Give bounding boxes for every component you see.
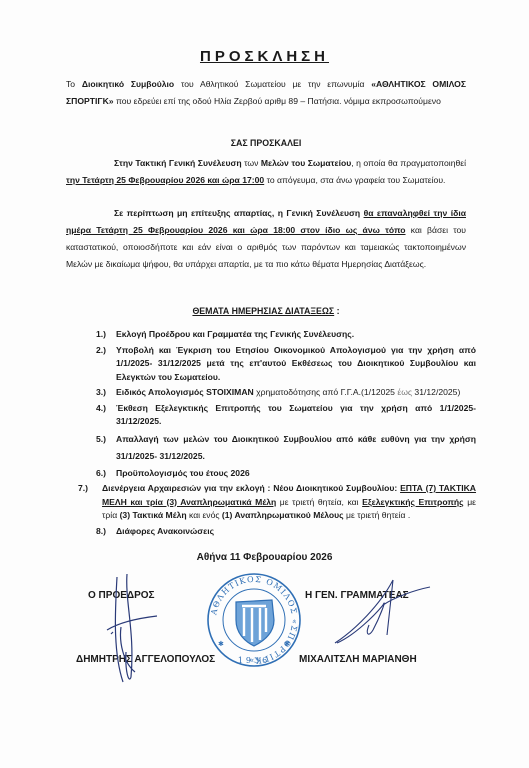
meeting-paragraph: Στην Τακτική Γενική Συνέλευση των Μελών … — [66, 155, 466, 189]
place-date: Αθήνα 11 Φεβρουαρίου 2026 — [0, 552, 529, 563]
club-stamp-icon: ΑΘΛΗΤΙΚΟΣ ΟΜΙΛΟΣ «ΣΠΟΡΤΙΓΚ» 1936 ✱ ✱ — [204, 572, 304, 668]
document-title: ΠΡΟΣΚΛΗΣΗ — [0, 48, 529, 65]
agenda-item: 5.)Απαλλαγή των μελών του Διοικητικού Συ… — [96, 431, 476, 465]
agenda-item: 6.)Προϋπολογισμός του έτους 2026 — [96, 467, 476, 481]
quorum-paragraph: Σε περίπτωση μη επίτευξης απαρτίας, η Γε… — [66, 205, 466, 273]
agenda-item: 2.)Υποβολή και Έγκριση του Ετησίου Οικον… — [96, 344, 476, 385]
document-page: ΠΡΟΣΚΛΗΣΗ Το Διοικητικό Συμβούλιο του Αθ… — [0, 0, 529, 768]
agenda-item: 3.)Ειδικός Απολογισμός STOIXIMAN χρηματο… — [96, 386, 476, 400]
agenda-item: 1.)Εκλογή Προέδρου και Γραμματέα της Γεν… — [96, 328, 476, 342]
meeting-date: την Τετάρτη 25 Φεβρουαρίου 2026 και ώρα … — [66, 175, 264, 185]
agenda-item: 8.)Διάφορες Ανακοινώσεις — [96, 525, 476, 539]
agenda-heading: ΘΕΜΑΤΑ ΗΜΕΡΗΣΙΑΣ ΔΙΑΤΑΞΕΩΣ : — [66, 303, 466, 320]
secretary-name: ΜΙΧΑΛΙΤΣΛΗ ΜΑΡΙΑΝΘΗ — [299, 654, 417, 665]
svg-text:✱: ✱ — [284, 640, 290, 648]
svg-text:✱: ✱ — [218, 640, 224, 648]
president-signature-icon — [95, 572, 165, 692]
intro-paragraph: Το Διοικητικό Συμβούλιο του Αθλητικού Σω… — [66, 76, 466, 110]
secretary-signature-icon — [325, 575, 435, 650]
agenda-list: 1.)Εκλογή Προέδρου και Γραμματέα της Γεν… — [96, 328, 476, 540]
agenda-item: 4.)Έκθεση Εξελεγκτικής Επιτροπής του Σωμ… — [96, 402, 476, 429]
svg-text:1936: 1936 — [238, 656, 270, 665]
invites-heading: ΣΑΣ ΠΡΟΣΚΑΛΕΙ — [66, 135, 466, 152]
agenda-item: 7.)Διενέργεια Αρχαιρεσιών για την εκλογή… — [78, 482, 476, 523]
